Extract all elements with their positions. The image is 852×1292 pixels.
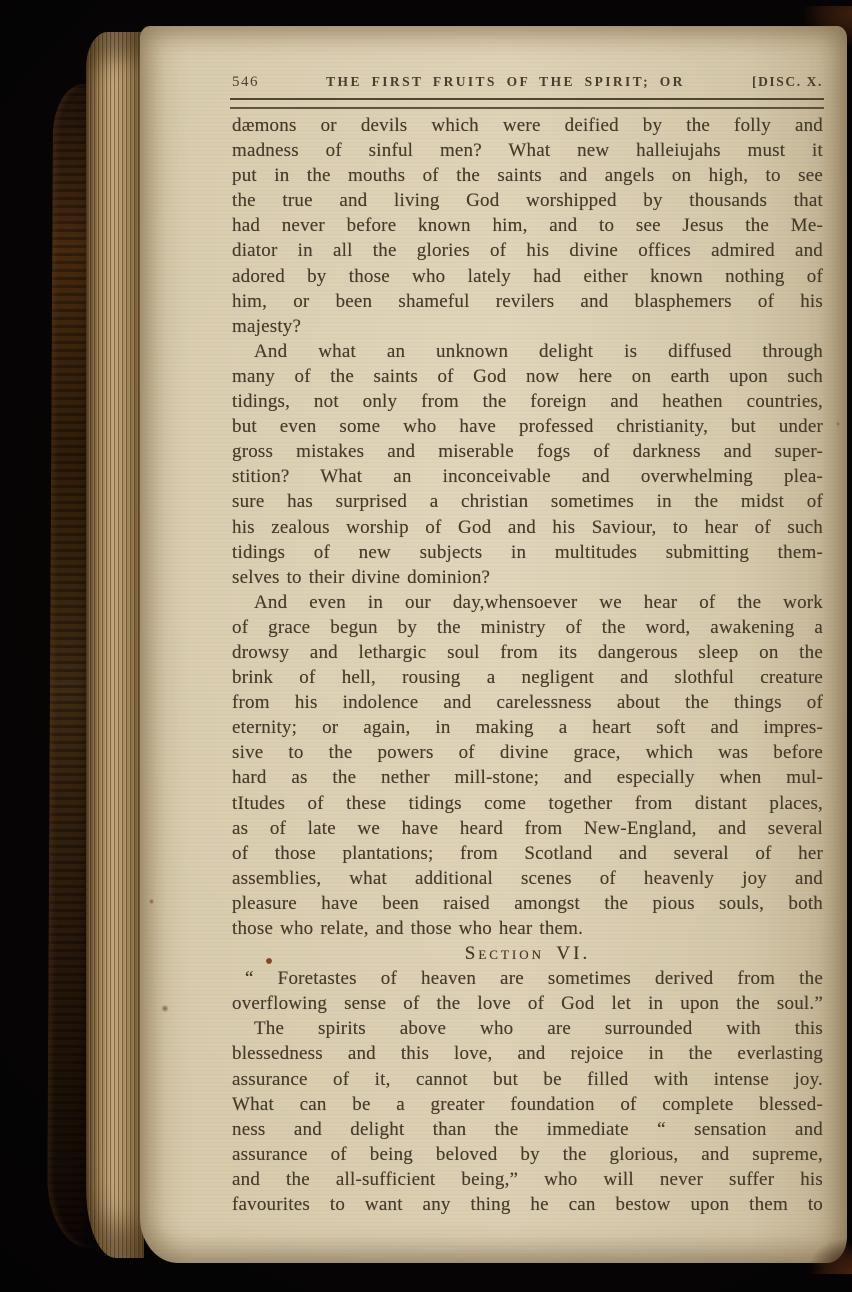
header-double-rule — [230, 98, 824, 109]
text-line: tItudes of these tidings come together f… — [232, 791, 823, 816]
foxing-spot — [149, 899, 154, 904]
text-line: tidings of new subjects in multitudes su… — [232, 540, 823, 565]
text-line: of those plantations; from Scotland and … — [232, 841, 823, 866]
text-line: and the all-sufficient being,” who will … — [232, 1167, 823, 1192]
foxing-spot — [836, 422, 840, 426]
text-line: ness and delight than the immediate “ se… — [232, 1117, 823, 1142]
text-line: assurance of being beloved by the glorio… — [232, 1142, 823, 1167]
foxing-spot — [161, 1005, 169, 1012]
text-line: of grace begun by the ministry of the wo… — [232, 615, 823, 640]
text-line: madness of sinful men? What new halleiuj… — [232, 138, 823, 163]
text-line: diator in all the glories of his divine … — [232, 238, 823, 263]
text-line: brink of hell, rousing a negligent and s… — [232, 665, 823, 690]
text-line: dæmons or devils which were deified by t… — [232, 113, 823, 138]
text-line: “ Foretastes of heaven are sometimes der… — [232, 966, 823, 991]
text-line: drowsy and lethargic soul from its dange… — [232, 640, 823, 665]
text-line: eternity; or again, in making a heart so… — [232, 715, 823, 740]
text-line: What can be a greater foundation of comp… — [232, 1092, 823, 1117]
discourse-label: [DISC. X. — [752, 74, 823, 90]
page-text-block: dæmons or devils which were deified by t… — [232, 113, 823, 1217]
text-line: majesty? — [232, 314, 823, 339]
text-line: adored by those who lately had either kn… — [232, 264, 823, 289]
text-line: And even in our day,whensoever we hear o… — [232, 590, 823, 615]
text-line: sive to the powers of divine grace, whic… — [232, 740, 823, 765]
running-header: 546 THE FIRST FRUITS OF THE SPIRIT; OR [… — [232, 74, 823, 91]
text-line: hard as the nether mill-stone; and espec… — [232, 765, 823, 790]
text-line: And what an unknown delight is diffused … — [232, 339, 823, 364]
text-line: pleasure have been raised amongst the pi… — [232, 891, 823, 916]
text-line: from his indolence and carelessness abou… — [232, 690, 823, 715]
text-line: assemblies, what additional scenes of he… — [232, 866, 823, 891]
book-page: 546 THE FIRST FRUITS OF THE SPIRIT; OR [… — [140, 26, 847, 1263]
text-line: many of the saints of God now here on ea… — [232, 364, 823, 389]
text-line: blessedness and this love, and rejoice i… — [232, 1041, 823, 1066]
text-line: overflowing sense of the love of God let… — [232, 991, 823, 1016]
text-line: tidings, not only from the foreign and h… — [232, 389, 823, 414]
text-line: the true and living God worshipped by th… — [232, 188, 823, 213]
text-line: sure has surprised a christian sometimes… — [232, 489, 823, 514]
text-line: had never before known him, and to see J… — [232, 213, 823, 238]
text-line: but even some who have professed christi… — [232, 414, 823, 439]
text-line: The spirits above who are surrounded wit… — [232, 1016, 823, 1041]
text-line: him, or been shameful revilers and blasp… — [232, 289, 823, 314]
text-line: his zealous worship of God and his Savio… — [232, 515, 823, 540]
text-line: gross mistakes and miserable fogs of dar… — [232, 439, 823, 464]
text-line: put in the mouths of the saints and ange… — [232, 163, 823, 188]
page-number: 546 — [232, 74, 259, 91]
section-heading: Section VI. — [232, 941, 823, 966]
text-line: stition? What an inconceivable and overw… — [232, 464, 823, 489]
running-title: THE FIRST FRUITS OF THE SPIRIT; OR — [259, 74, 752, 90]
text-line: assurance of it, cannot but be filled wi… — [232, 1067, 823, 1092]
text-line: those who relate, and those who hear the… — [232, 916, 823, 941]
page-stack-fore-edge — [86, 32, 144, 1258]
foxing-spot — [266, 958, 272, 964]
text-line: as of late we have heard from New-Englan… — [232, 816, 823, 841]
text-line: selves to their divine dominion? — [232, 565, 823, 590]
book-scan: 546 THE FIRST FRUITS OF THE SPIRIT; OR [… — [0, 0, 852, 1292]
text-line: favourites to want any thing he can best… — [232, 1192, 823, 1217]
